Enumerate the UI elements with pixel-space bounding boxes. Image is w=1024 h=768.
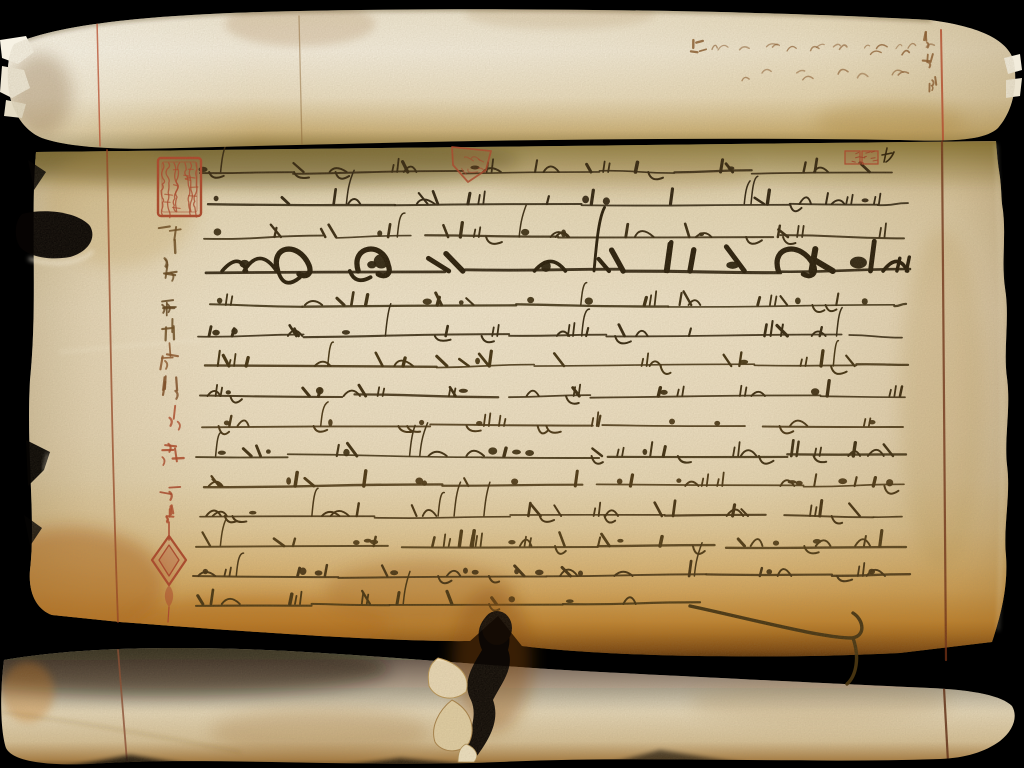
manuscript-photo — [0, 0, 1024, 768]
manuscript-scene — [0, 0, 1024, 768]
